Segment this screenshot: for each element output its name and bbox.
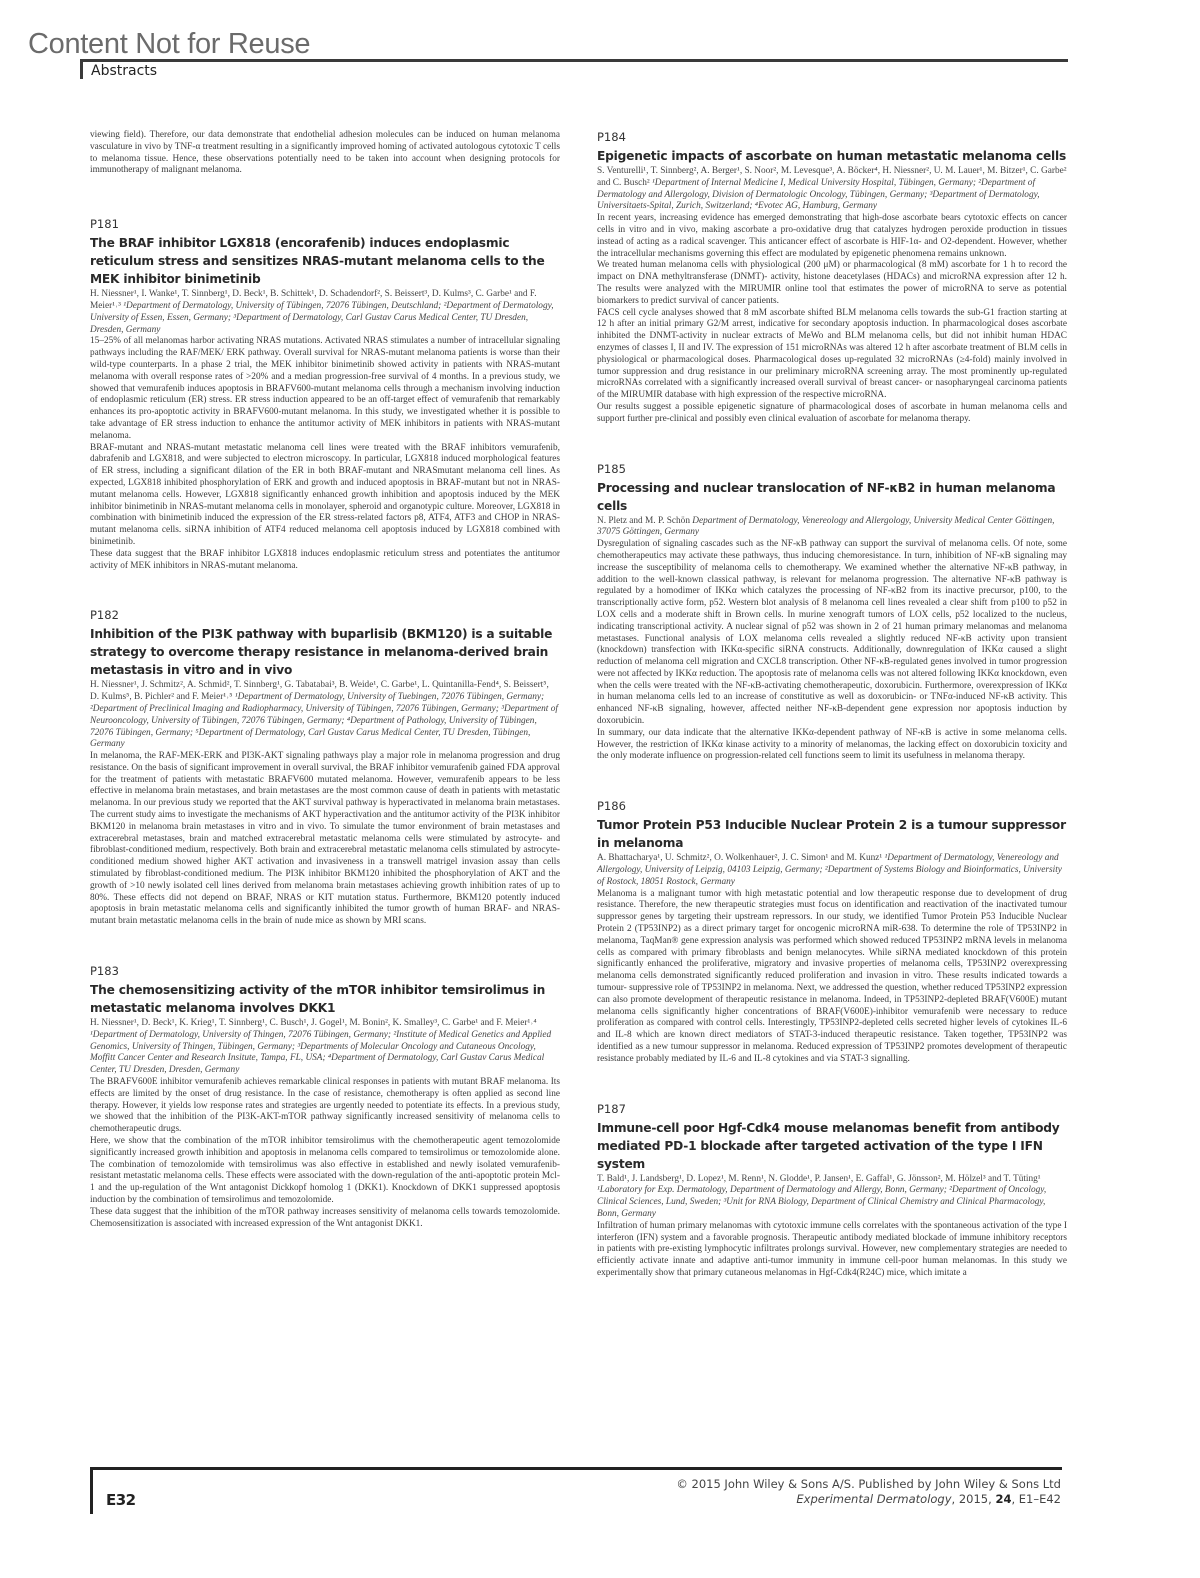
author-list: N. Pletz and M. P. Schön	[597, 516, 690, 526]
paragraph: In recent years, increasing evidence has…	[597, 213, 1067, 260]
paragraph: FACS cell cycle analyses showed that 8 m…	[597, 308, 1067, 402]
right-column: P184 Epigenetic impacts of ascorbate on …	[597, 130, 1067, 1280]
left-column: viewing field). Therefore, our data demo…	[90, 130, 560, 1230]
paragraph: Dysregulation of signaling cascades such…	[597, 539, 1067, 728]
abstract-p181: P181 The BRAF inhibitor LGX818 (encorafe…	[90, 217, 560, 572]
journal-citation: Experimental Dermatology, 2015, 24, E1–E…	[676, 1492, 1061, 1507]
header-rule	[80, 59, 1068, 62]
abstract-p187: P187 Immune-cell poor Hgf-Cdk4 mouse mel…	[597, 1102, 1067, 1280]
abstract-id: P182	[90, 608, 560, 622]
paragraph: BRAF-mutant and NRAS-mutant metastatic m…	[90, 443, 560, 549]
abstract-body: Dysregulation of signaling cascades such…	[597, 539, 1067, 763]
paragraph: We treated human melanoma cells with phy…	[597, 260, 1067, 307]
paragraph: These data suggest that the inhibition o…	[90, 1207, 560, 1231]
abstract-authors: H. Niessner¹, I. Wanke¹, T. Sinnberg¹, D…	[90, 289, 560, 336]
affiliations: ¹Laboratory for Exp. Dermatology, Depart…	[597, 1185, 1046, 1219]
abstract-authors: H. Niessner¹, J. Schmitz², A. Schmid², T…	[90, 680, 560, 751]
abstract-authors: A. Bhattacharya¹, U. Schmitz², O. Wolken…	[597, 853, 1067, 888]
paragraph: Melanoma is a malignant tumor with high …	[597, 889, 1067, 1066]
abstract-p182: P182 Inhibition of the PI3K pathway with…	[90, 608, 560, 928]
previous-abstract-continuation: viewing field). Therefore, our data demo…	[90, 130, 560, 177]
author-list: H. Niessner¹, D. Beck¹, K. Krieg¹, T. Si…	[90, 1018, 537, 1028]
abstract-id: P184	[597, 130, 1067, 144]
journal-pages: , E1–E42	[1011, 1492, 1061, 1506]
paragraph: In summary, our data indicate that the a…	[597, 728, 1067, 763]
abstract-id: P187	[597, 1102, 1067, 1116]
abstract-authors: H. Niessner¹, D. Beck¹, K. Krieg¹, T. Si…	[90, 1018, 560, 1077]
abstract-id: P181	[90, 217, 560, 231]
abstract-id: P186	[597, 799, 1067, 813]
paragraph: The BRAFV600E inhibitor vemurafenib achi…	[90, 1077, 560, 1136]
affiliations: ¹Department of Dermatology, University o…	[90, 1030, 551, 1075]
header-tick	[80, 59, 83, 79]
watermark: Content Not for Reuse	[28, 30, 310, 59]
abstract-title: Epigenetic impacts of ascorbate on human…	[597, 147, 1067, 165]
paragraph: In melanoma, the RAF-MEK-ERK and PI3K-AK…	[90, 751, 560, 928]
paragraph: 15–25% of all melanomas harbor activatin…	[90, 336, 560, 442]
page-number: E32	[106, 1491, 136, 1509]
footer-rule	[90, 1467, 1062, 1470]
paragraph: Here, we show that the combination of th…	[90, 1136, 560, 1207]
abstract-p183: P183 The chemosensitizing activity of th…	[90, 964, 560, 1230]
journal-name: Experimental Dermatology	[796, 1492, 951, 1506]
abstract-body: In melanoma, the RAF-MEK-ERK and PI3K-AK…	[90, 751, 560, 928]
paragraph: Infiltration of human primary melanomas …	[597, 1221, 1067, 1280]
paragraph: These data suggest that the BRAF inhibit…	[90, 549, 560, 573]
abstract-title: Immune-cell poor Hgf-Cdk4 mouse melanoma…	[597, 1119, 1067, 1173]
abstract-authors: T. Bald¹, J. Landsberg¹, D. Lopez¹, M. R…	[597, 1174, 1067, 1221]
abstract-p184: P184 Epigenetic impacts of ascorbate on …	[597, 130, 1067, 426]
abstract-authors: N. Pletz and M. P. Schön Department of D…	[597, 516, 1067, 540]
author-list: A. Bhattacharya¹, U. Schmitz², O. Wolken…	[597, 853, 882, 863]
affiliations: ¹Department of Internal Medicine I, Medi…	[597, 178, 1040, 212]
abstract-authors: S. Venturelli¹, T. Sinnberg², A. Berger¹…	[597, 166, 1067, 213]
abstract-body: In recent years, increasing evidence has…	[597, 213, 1067, 425]
copyright-line: © 2015 John Wiley & Sons A/S. Published …	[676, 1477, 1061, 1492]
abstract-title: Inhibition of the PI3K pathway with bupa…	[90, 625, 560, 679]
footer-tick	[90, 1467, 93, 1514]
abstract-title: The BRAF inhibitor LGX818 (encorafenib) …	[90, 234, 560, 288]
abstract-body: Infiltration of human primary melanomas …	[597, 1221, 1067, 1280]
paragraph: Our results suggest a possible epigeneti…	[597, 402, 1067, 426]
abstract-body: The BRAFV600E inhibitor vemurafenib achi…	[90, 1077, 560, 1230]
journal-year: , 2015,	[952, 1492, 996, 1506]
abstract-title: The chemosensitizing activity of the mTO…	[90, 981, 560, 1017]
section-label: Abstracts	[91, 63, 157, 79]
footer-citation: © 2015 John Wiley & Sons A/S. Published …	[676, 1477, 1061, 1507]
abstract-title: Tumor Protein P53 Inducible Nuclear Prot…	[597, 816, 1067, 852]
abstract-id: P183	[90, 964, 560, 978]
abstract-p185: P185 Processing and nuclear translocatio…	[597, 462, 1067, 764]
author-list: T. Bald¹, J. Landsberg¹, D. Lopez¹, M. R…	[597, 1174, 1041, 1184]
abstract-body: Melanoma is a malignant tumor with high …	[597, 889, 1067, 1066]
journal-volume: 24	[995, 1492, 1011, 1506]
abstract-p186: P186 Tumor Protein P53 Inducible Nuclear…	[597, 799, 1067, 1065]
affiliations: ¹Department of Dermatology, University o…	[90, 301, 554, 335]
abstract-id: P185	[597, 462, 1067, 476]
continuation-text: viewing field). Therefore, our data demo…	[90, 130, 560, 177]
abstract-body: 15–25% of all melanomas harbor activatin…	[90, 336, 560, 572]
abstract-title: Processing and nuclear translocation of …	[597, 479, 1067, 515]
